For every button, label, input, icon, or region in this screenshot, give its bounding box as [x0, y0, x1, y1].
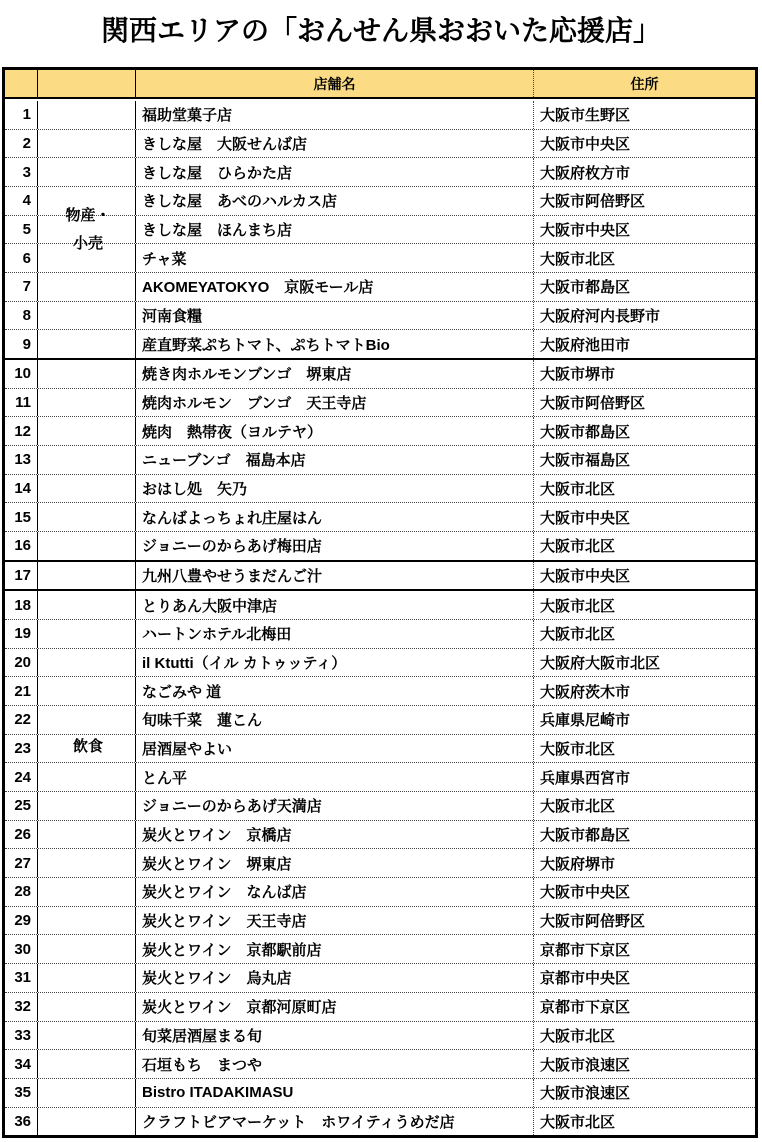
store-address-cell: 大阪市阿倍野区 [534, 187, 755, 215]
store-address-cell: 大阪市北区 [534, 475, 755, 503]
store-name-cell: 産直野菜ぷちトマト、ぷちトマトBio [136, 330, 534, 358]
row-number: 8 [5, 302, 38, 330]
row-number: 35 [5, 1079, 38, 1107]
table-row: 23 居酒屋やよい 大阪市北区 [5, 734, 755, 763]
store-address-cell: 大阪市生野区 [534, 101, 755, 129]
header-address-cell: 住所 [534, 70, 755, 97]
store-name-cell: 炭火とワイン 京都河原町店 [136, 993, 534, 1021]
table-row: 4 きしな屋 あべのハルカス店 大阪市阿倍野区 [5, 186, 755, 215]
store-address-cell: 大阪市中央区 [534, 878, 755, 906]
row-number: 32 [5, 993, 38, 1021]
store-name-cell: 焼き肉ホルモンブンゴ 堺東店 [136, 360, 534, 388]
category-cell [38, 677, 136, 705]
store-name-cell: ニューブンゴ 福島本店 [136, 446, 534, 474]
store-name-cell: とりあん大阪中津店 [136, 591, 534, 619]
row-number: 13 [5, 446, 38, 474]
category-cell [38, 591, 136, 619]
row-number: 28 [5, 878, 38, 906]
row-number: 4 [5, 187, 38, 215]
category-cell [38, 101, 136, 129]
store-name-cell: 焼肉ホルモン ブンゴ 天王寺店 [136, 389, 534, 417]
store-address-cell: 大阪市北区 [534, 532, 755, 560]
table-row: 2 きしな屋 大阪せんば店 大阪市中央区 [5, 129, 755, 158]
row-number: 34 [5, 1050, 38, 1078]
category-cell [38, 907, 136, 935]
store-name-cell: 九州八豊やせうまだんご汁 [136, 562, 534, 590]
category-cell [38, 649, 136, 677]
category-cell [38, 503, 136, 531]
table-row: 19 ハートンホテル北梅田 大阪市北区 [5, 619, 755, 648]
table-row: 36 クラフトビアマーケット ホワイティうめだ店 大阪市北区 [5, 1107, 755, 1136]
header-number-cell [5, 70, 38, 97]
row-number: 18 [5, 591, 38, 619]
store-address-cell: 大阪市阿倍野区 [534, 389, 755, 417]
store-address-cell: 大阪市浪速区 [534, 1050, 755, 1078]
row-number: 33 [5, 1022, 38, 1050]
store-name-cell: きしな屋 大阪せんば店 [136, 130, 534, 158]
table-row: 33 旬菜居酒屋まる旬 大阪市北区 [5, 1021, 755, 1050]
category-cell [38, 187, 136, 215]
store-name-cell: チャ菜 [136, 244, 534, 272]
store-name-cell: 旬菜居酒屋まる旬 [136, 1022, 534, 1050]
store-address-cell: 大阪市浪速区 [534, 1079, 755, 1107]
table-row: 3 きしな屋 ひらかた店 大阪府枚方市 [5, 157, 755, 186]
category-cell [38, 1108, 136, 1136]
row-number: 19 [5, 620, 38, 648]
store-address-cell: 大阪市阿倍野区 [534, 907, 755, 935]
category-cell [38, 706, 136, 734]
category-cell [38, 1050, 136, 1078]
table-body: 1 福助堂菓子店 大阪市生野区 2 きしな屋 大阪せんば店 大阪市中央区 3 き… [5, 101, 755, 1135]
category-cell [38, 158, 136, 186]
store-name-cell: 旬味千菜 蓮こん [136, 706, 534, 734]
category-cell [38, 849, 136, 877]
category-cell [38, 244, 136, 272]
table-row: 30 炭火とワイン 京都駅前店 京都市下京区 [5, 934, 755, 963]
header-category-cell [38, 70, 136, 97]
category-cell [38, 417, 136, 445]
row-number: 20 [5, 649, 38, 677]
store-address-cell: 大阪市北区 [534, 1022, 755, 1050]
table-row: 21 なごみや 道 大阪府茨木市 [5, 676, 755, 705]
table-row: 28 炭火とワイン なんば店 大阪市中央区 [5, 877, 755, 906]
category-cell [38, 935, 136, 963]
table-row: 26 炭火とワイン 京橋店 大阪市都島区 [5, 820, 755, 849]
table-header-row: 店舗名 住所 [5, 70, 755, 99]
store-name-cell: 炭火とワイン 烏丸店 [136, 964, 534, 992]
store-name-cell: ジョニーのからあげ天満店 [136, 792, 534, 820]
header-store-cell: 店舗名 [136, 70, 534, 97]
category-cell [38, 216, 136, 244]
row-number: 21 [5, 677, 38, 705]
store-address-cell: 大阪市北区 [534, 1108, 755, 1136]
row-number: 15 [5, 503, 38, 531]
row-number: 6 [5, 244, 38, 272]
category-cell [38, 330, 136, 358]
table-row: 35 Bistro ITADAKIMASU 大阪市浪速区 [5, 1078, 755, 1107]
table-row: 16 ジョニーのからあげ梅田店 大阪市北区 [5, 531, 755, 560]
row-number: 9 [5, 330, 38, 358]
row-number: 17 [5, 562, 38, 590]
category-cell [38, 389, 136, 417]
store-name-cell: 福助堂菓子店 [136, 101, 534, 129]
row-number: 22 [5, 706, 38, 734]
table-row: 29 炭火とワイン 天王寺店 大阪市阿倍野区 [5, 906, 755, 935]
row-number: 11 [5, 389, 38, 417]
category-cell [38, 446, 136, 474]
store-name-cell: きしな屋 ほんまち店 [136, 216, 534, 244]
category-cell [38, 302, 136, 330]
row-number: 29 [5, 907, 38, 935]
store-name-cell: 炭火とワイン 天王寺店 [136, 907, 534, 935]
store-address-cell: 大阪府池田市 [534, 330, 755, 358]
category-cell [38, 130, 136, 158]
table-row: 31 炭火とワイン 烏丸店 京都市中央区 [5, 963, 755, 992]
row-number: 36 [5, 1108, 38, 1136]
page-title: 関西エリアの「おんせん県おおいた応援店」 [0, 9, 762, 49]
category-cell [38, 273, 136, 301]
table-row: 15 なんばよっちょれ庄屋はん 大阪市中央区 [5, 502, 755, 531]
category-cell [38, 735, 136, 763]
table-row: 13 ニューブンゴ 福島本店 大阪市福島区 [5, 445, 755, 474]
category-cell [38, 1022, 136, 1050]
row-number: 7 [5, 273, 38, 301]
table-row: 9 産直野菜ぷちトマト、ぷちトマトBio 大阪府池田市 [5, 329, 755, 358]
store-name-cell: とん平 [136, 763, 534, 791]
page: 関西エリアの「おんせん県おおいた応援店」 店舗名 住所 1 福助堂菓子店 大阪市… [0, 0, 762, 1142]
table-row: 11 焼肉ホルモン ブンゴ 天王寺店 大阪市阿倍野区 [5, 388, 755, 417]
category-cell [38, 532, 136, 560]
row-number: 5 [5, 216, 38, 244]
store-name-cell: なんばよっちょれ庄屋はん [136, 503, 534, 531]
store-name-cell: 炭火とワイン なんば店 [136, 878, 534, 906]
shop-table: 店舗名 住所 1 福助堂菓子店 大阪市生野区 2 きしな屋 大阪せんば店 大阪市… [2, 67, 758, 1138]
store-address-cell: 大阪市中央区 [534, 562, 755, 590]
row-number: 3 [5, 158, 38, 186]
store-name-cell: ジョニーのからあげ梅田店 [136, 532, 534, 560]
row-number: 1 [5, 101, 38, 129]
store-address-cell: 大阪市北区 [534, 620, 755, 648]
store-address-cell: 大阪市都島区 [534, 273, 755, 301]
store-name-cell: il Ktutti（イル カトゥッティ） [136, 649, 534, 677]
store-address-cell: 大阪市堺市 [534, 360, 755, 388]
store-address-cell: 大阪市北区 [534, 591, 755, 619]
category-cell [38, 792, 136, 820]
store-name-cell: なごみや 道 [136, 677, 534, 705]
store-address-cell: 大阪府茨木市 [534, 677, 755, 705]
store-address-cell: 兵庫県西宮市 [534, 763, 755, 791]
row-number: 30 [5, 935, 38, 963]
category-cell [38, 878, 136, 906]
store-name-cell: 河南食糧 [136, 302, 534, 330]
store-name-cell: きしな屋 あべのハルカス店 [136, 187, 534, 215]
table-row: 12 焼肉 熱帯夜（ヨルテヤ） 大阪市都島区 [5, 416, 755, 445]
store-name-cell: 炭火とワイン 京都駅前店 [136, 935, 534, 963]
store-name-cell: ハートンホテル北梅田 [136, 620, 534, 648]
table-row: 14 おはし処 矢乃 大阪市北区 [5, 474, 755, 503]
store-address-cell: 大阪市北区 [534, 244, 755, 272]
store-address-cell: 京都市下京区 [534, 935, 755, 963]
store-address-cell: 大阪府河内長野市 [534, 302, 755, 330]
store-address-cell: 大阪市都島区 [534, 417, 755, 445]
row-number: 31 [5, 964, 38, 992]
store-address-cell: 大阪市北区 [534, 792, 755, 820]
store-name-cell: 炭火とワイン 堺東店 [136, 849, 534, 877]
store-name-cell: 焼肉 熱帯夜（ヨルテヤ） [136, 417, 534, 445]
row-number: 26 [5, 821, 38, 849]
store-address-cell: 兵庫県尼崎市 [534, 706, 755, 734]
table-row: 10 焼き肉ホルモンブンゴ 堺東店 大阪市堺市 [5, 358, 755, 388]
store-name-cell: AKOMEYATOKYO 京阪モール店 [136, 273, 534, 301]
row-number: 10 [5, 360, 38, 388]
table-row: 1 福助堂菓子店 大阪市生野区 [5, 101, 755, 129]
table-row: 8 河南食糧 大阪府河内長野市 [5, 301, 755, 330]
store-name-cell: 石垣もち まつや [136, 1050, 534, 1078]
store-name-cell: 居酒屋やよい [136, 735, 534, 763]
table-row: 27 炭火とワイン 堺東店 大阪府堺市 [5, 848, 755, 877]
store-address-cell: 大阪市都島区 [534, 821, 755, 849]
store-name-cell: きしな屋 ひらかた店 [136, 158, 534, 186]
category-cell [38, 993, 136, 1021]
row-number: 24 [5, 763, 38, 791]
category-cell [38, 562, 136, 590]
table-row: 7 AKOMEYATOKYO 京阪モール店 大阪市都島区 [5, 272, 755, 301]
store-name-cell: おはし処 矢乃 [136, 475, 534, 503]
store-address-cell: 京都市中央区 [534, 964, 755, 992]
table-row: 18 とりあん大阪中津店 大阪市北区 [5, 589, 755, 619]
table-row: 25 ジョニーのからあげ天満店 大阪市北区 [5, 791, 755, 820]
row-number: 16 [5, 532, 38, 560]
store-name-cell: Bistro ITADAKIMASU [136, 1079, 534, 1107]
category-cell [38, 1079, 136, 1107]
row-number: 27 [5, 849, 38, 877]
row-number: 12 [5, 417, 38, 445]
table-row: 34 石垣もち まつや 大阪市浪速区 [5, 1049, 755, 1078]
table-row: 24 とん平 兵庫県西宮市 [5, 762, 755, 791]
category-cell [38, 763, 136, 791]
store-address-cell: 京都市下京区 [534, 993, 755, 1021]
table-row: 17 九州八豊やせうまだんご汁 大阪市中央区 [5, 560, 755, 590]
category-cell [38, 821, 136, 849]
category-cell [38, 964, 136, 992]
store-address-cell: 大阪府大阪市北区 [534, 649, 755, 677]
store-address-cell: 大阪府堺市 [534, 849, 755, 877]
table-row: 20 il Ktutti（イル カトゥッティ） 大阪府大阪市北区 [5, 648, 755, 677]
store-name-cell: クラフトビアマーケット ホワイティうめだ店 [136, 1108, 534, 1136]
row-number: 25 [5, 792, 38, 820]
store-address-cell: 大阪市中央区 [534, 503, 755, 531]
table-row: 5 きしな屋 ほんまち店 大阪市中央区 [5, 215, 755, 244]
table-row: 6 チャ菜 大阪市北区 [5, 243, 755, 272]
store-address-cell: 大阪府枚方市 [534, 158, 755, 186]
store-address-cell: 大阪市中央区 [534, 130, 755, 158]
table-row: 32 炭火とワイン 京都河原町店 京都市下京区 [5, 992, 755, 1021]
store-address-cell: 大阪市北区 [534, 735, 755, 763]
category-cell [38, 475, 136, 503]
row-number: 14 [5, 475, 38, 503]
category-cell [38, 620, 136, 648]
row-number: 2 [5, 130, 38, 158]
store-address-cell: 大阪市中央区 [534, 216, 755, 244]
category-cell [38, 360, 136, 388]
table-row: 22 旬味千菜 蓮こん 兵庫県尼崎市 [5, 705, 755, 734]
row-number: 23 [5, 735, 38, 763]
store-address-cell: 大阪市福島区 [534, 446, 755, 474]
store-name-cell: 炭火とワイン 京橋店 [136, 821, 534, 849]
